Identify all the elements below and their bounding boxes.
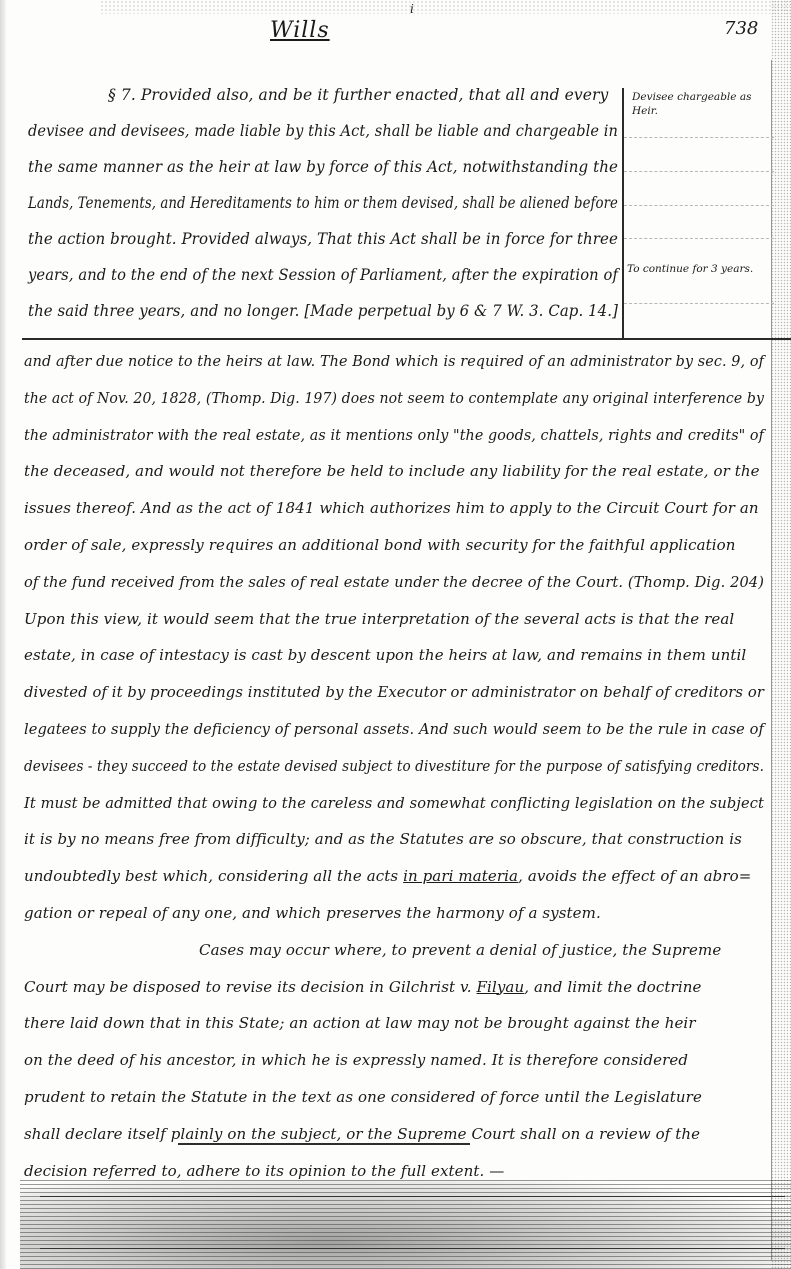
commentary-line: legatees to supply the deficiency of per… [24,712,764,749]
commentary-line: divested of it by proceedings instituted… [24,675,764,712]
commentary-line: issues thereof. And as the act of 1841 w… [24,491,764,528]
scan-left-edge [0,0,6,1269]
commentary-line: Court may be disposed to revise its deci… [24,970,764,1007]
statute-line: the action brought. Provided always, Tha… [28,222,618,258]
statute-line: years, and to the end of the next Sessio… [28,258,618,294]
margin-dotted-rule [624,238,774,239]
scan-right-edge [771,0,791,1269]
commentary-line: It must be admitted that owing to the ca… [24,786,764,823]
commentary-line: the act of Nov. 20, 1828, (Thomp. Dig. 1… [24,381,764,418]
commentary-line: Upon this view, it would seem that the t… [24,602,764,639]
commentary-line: the deceased, and would not therefore be… [24,454,764,491]
commentary-line: there laid down that in this State; an a… [24,1006,764,1043]
section-divider [22,338,791,340]
commentary-line: devisees - they succeed to the estate de… [24,749,764,786]
statute-line: the said three years, and no longer. [Ma… [28,294,618,330]
margin-dotted-rule [624,137,774,138]
commentary-section: and after due notice to the heirs at law… [24,344,764,1190]
margin-dotted-rule [624,171,774,172]
underlined-phrase: Filyau [477,978,525,996]
manuscript-page: i Wills 738 § 7. Provided also, and be i… [0,0,791,1269]
commentary-line: undoubtedly best which, considering all … [24,859,764,896]
page-title: Wills [270,18,330,43]
scan-smudge-bottom [20,1180,791,1269]
statute-line: devisee and devisees, made liable by thi… [28,114,618,150]
margin-column-rule [622,88,624,338]
smudge-line [40,1196,785,1197]
commentary-line: on the deed of his ancestor, in which he… [24,1043,764,1080]
smudge-line [40,1248,785,1249]
header-mark: i [410,2,414,16]
commentary-line: Cases may occur where, to prevent a deni… [24,933,764,970]
margin-note: Devisee chargeable as Heir. [632,90,772,118]
statute-line: the same manner as the heir at law by fo… [28,150,618,186]
commentary-line: gation or repeal of any one, and which p… [24,896,764,933]
statute-line: § 7. Provided also, and be it further en… [28,78,618,114]
commentary-line: order of sale, expressly requires an add… [24,528,764,565]
commentary-line: estate, in case of intestacy is cast by … [24,638,764,675]
commentary-line: shall declare itself plainly on the subj… [24,1117,764,1154]
right-margin-rule [771,60,772,1260]
statute-line: Lands, Tenements, and Hereditaments to h… [28,186,618,222]
margin-dotted-rule [624,303,774,304]
commentary-line: it is by no means free from difficulty; … [24,822,764,859]
scan-noise-top [100,0,790,14]
statute-section: § 7. Provided also, and be it further en… [28,78,618,330]
commentary-line: prudent to retain the Statute in the tex… [24,1080,764,1117]
margin-dotted-rule [624,205,774,206]
commentary-line: and after due notice to the heirs at law… [24,344,764,381]
margin-note: To continue for 3 years. [627,262,777,276]
commentary-line: the administrator with the real estate, … [24,418,764,455]
closing-rule [178,1143,470,1145]
commentary-line: of the fund received from the sales of r… [24,565,764,602]
underlined-phrase: in pari materia [403,867,518,885]
page-number: 738 [724,18,758,39]
